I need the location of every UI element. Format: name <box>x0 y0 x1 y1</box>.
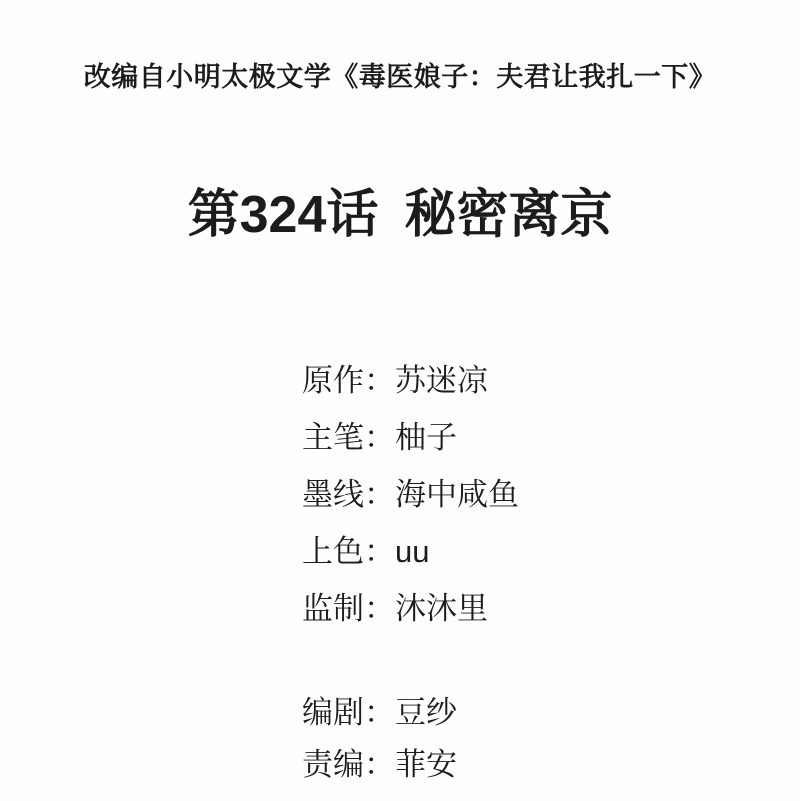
credit-role: 主笔 <box>302 420 364 455</box>
credit-role: 上色 <box>302 534 364 569</box>
credit-line-coloring: 上色：uu <box>302 523 519 580</box>
credit-name: uu <box>395 534 429 569</box>
chapter-number: 第324话 <box>188 186 379 244</box>
credit-name: 沐沐里 <box>395 591 488 626</box>
credit-separator: ： <box>364 591 395 626</box>
credit-line-supervisor: 监制：沐沐里 <box>302 580 519 637</box>
credit-separator: ： <box>364 363 395 398</box>
credit-name: 苏迷凉 <box>395 363 488 398</box>
credit-line-original-author: 原作：苏迷凉 <box>302 352 519 409</box>
credit-separator: ： <box>364 534 395 569</box>
credit-name: 豆纱 <box>395 695 457 730</box>
credit-separator: ： <box>364 477 395 512</box>
credits-group-gap <box>302 637 519 687</box>
credit-separator: ： <box>364 695 395 730</box>
chapter-name: 秘密离京 <box>404 186 612 244</box>
adaptation-attribution-line: 改编自小明太极文学《毒医娘子：夫君让我扎一下》 <box>0 58 800 96</box>
credit-role: 监制 <box>302 591 364 626</box>
credit-role: 墨线 <box>302 477 364 512</box>
credit-role: 责编 <box>302 747 364 782</box>
credit-separator: ： <box>364 420 395 455</box>
credit-line-editor: 责编：菲安 <box>302 739 519 791</box>
comic-credits-page: 改编自小明太极文学《毒医娘子：夫君让我扎一下》 第324话秘密离京 原作：苏迷凉… <box>0 0 800 801</box>
credit-separator: ： <box>364 747 395 782</box>
credit-line-inking: 墨线：海中咸鱼 <box>302 466 519 523</box>
chapter-title: 第324话秘密离京 <box>0 184 800 246</box>
credits-block: 原作：苏迷凉 主笔：柚子 墨线：海中咸鱼 上色：uu 监制：沐沐里 编剧：豆纱 … <box>302 352 519 791</box>
credit-line-screenwriter: 编剧：豆纱 <box>302 687 519 739</box>
credit-role: 编剧 <box>302 695 364 730</box>
credit-name: 海中咸鱼 <box>395 477 519 512</box>
credit-name: 菲安 <box>395 747 457 782</box>
credit-line-lead-artist: 主笔：柚子 <box>302 409 519 466</box>
credit-name: 柚子 <box>395 420 457 455</box>
credit-role: 原作 <box>302 363 364 398</box>
